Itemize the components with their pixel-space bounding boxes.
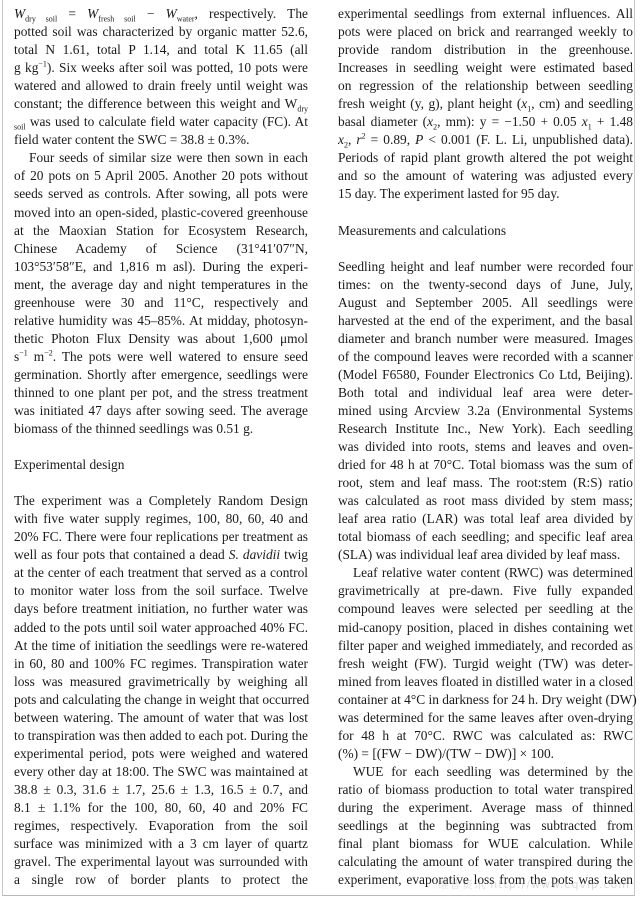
text-line: g kg−1). Six weeks after soil was potted… [14, 59, 308, 77]
text-line: experimental seedlings from external inf… [338, 5, 633, 23]
text-line: surface was minimized with a 3 cm layer … [14, 835, 308, 853]
text-line: added to the pots until soil water appro… [14, 619, 308, 637]
text-line: with five water supply regimes, 100, 80,… [14, 510, 308, 528]
paragraph-experimental-design: The experiment was a Completely Random D… [14, 492, 308, 889]
text-line: greenhouse were 30 and 11°C, respectivel… [14, 294, 308, 312]
paragraph-greenhouse-layout: experimental seedlings from external inf… [338, 5, 633, 204]
text-line: Chinese Academy of Science (31°41′07″N, [14, 240, 308, 258]
text-line: and so the amount of watering was adjust… [338, 167, 633, 185]
text-line: was calculated as root mass divided by s… [338, 492, 633, 510]
text-line: 38.8 ± 0.3, 31.6 ± 1.7, 25.6 ± 1.3, 16.5… [14, 781, 308, 799]
paragraph-relative-water-content: Leaf relative water content (RWC) was de… [338, 564, 633, 763]
text-line: harvested at the end of the experiment, … [338, 312, 633, 330]
text-line: 15 day. The experiment lasted for 95 day… [338, 185, 633, 203]
text-line: seedlings at the beginning was subtracte… [338, 817, 633, 835]
text-line: times: on the twenty-second days of June… [338, 276, 633, 294]
text-line: 8.1 ± 1.1% for the 100, 80, 60, 40 and 2… [14, 799, 308, 817]
text-line: Leaf relative water content (RWC) was de… [338, 564, 633, 582]
text-line: (SLA) was individual leaf area divided b… [338, 546, 633, 564]
text-line: WUE for each seedling was determined by … [338, 763, 633, 781]
text-line: Four seeds of similar size were then sow… [14, 149, 308, 167]
text-line: Periods of rapid plant growth altered th… [338, 149, 633, 167]
paragraph-sowing: Four seeds of similar size were then sow… [14, 149, 308, 438]
text-line: at the center of each treatment that ser… [14, 564, 308, 582]
text-line: basal diameter (x2, mm): y = −1.50 + 0.0… [338, 113, 633, 131]
text-line: compound leaves were selected per seedli… [338, 600, 633, 618]
paragraph-wue: WUE for each seedling was determined by … [338, 763, 633, 889]
text-line: root, stem and leaf mass. The root:stem … [338, 474, 633, 492]
text-line: watered and allowed to drain freely unti… [14, 77, 308, 95]
text-line: thinned to one plant per pot, and the st… [14, 384, 308, 402]
paragraph-measurements: Seedling height and leaf number were rec… [338, 258, 633, 565]
text-line: s−1 m−2. The pots were well watered to e… [14, 348, 308, 366]
text-line: germination. Shortly after emergence, se… [14, 366, 308, 384]
text-line: field water content the SWC = 38.8 ± 0.3… [14, 131, 308, 149]
text-line: for 48 h at 70°C. RWC was calculated as:… [338, 727, 633, 745]
text-line: ratio of biomass production to total wat… [338, 781, 633, 799]
text-line: seeds served as controls. After sowing, … [14, 185, 308, 203]
text-line: at the Maoxian Station for Ecosystem Res… [14, 222, 308, 240]
text-line: soil was used to calculate field water c… [14, 113, 308, 131]
text-line: total biomass of each seedling; and spec… [338, 528, 633, 546]
text-line: was divided into roots, stems and leaves… [338, 438, 633, 456]
text-line: biomass of the thinned seedlings was 0.5… [14, 420, 308, 438]
text-line: At the time of initiation the seedlings … [14, 637, 308, 655]
text-line: mined using Arcview 3.2a (Environmental … [338, 402, 633, 420]
text-line: dried for 48 h at 70°C. Total biomass wa… [338, 456, 633, 474]
text-line: x2, r2 = 0.89, P < 0.001 (F. L. Li, unpu… [338, 131, 633, 149]
text-line: in 60, 80 and 100% FC regimes. Transpira… [14, 655, 308, 673]
text-line: Increases in seedling weight were estima… [338, 59, 633, 77]
text-line: provide random distribution in the green… [338, 41, 633, 59]
text-line: mined from leaves floated in distilled w… [338, 673, 633, 691]
section-heading-measurements: Measurements and calculations [338, 222, 633, 240]
text-line: on regression of the relationship betwee… [338, 77, 633, 95]
text-line: was determined for the same leaves after… [338, 709, 633, 727]
text-line: 20% FC. There were four replications per… [14, 528, 308, 546]
text-line: (%) = [(FW − DW)/(TW − DW)] × 100. [338, 745, 633, 763]
text-line: was initiated 47 days after sowing seed.… [14, 402, 308, 420]
text-line: regimes, respectively. Evaporation from … [14, 817, 308, 835]
text-line: container at 4°C in darkness for 24 h. D… [338, 691, 633, 709]
text-line: experiment, evaporative loss from the po… [338, 871, 633, 889]
text-line: fresh weight (y, g), plant height (x1, c… [338, 95, 633, 113]
text-line: relative humidity was 45–85%. At midday,… [14, 312, 308, 330]
text-line: Seedling height and leaf number were rec… [338, 258, 633, 276]
text-line: gravel. The experimental layout was surr… [14, 853, 308, 871]
text-line: to transpiration was then added to each … [14, 727, 308, 745]
text-line: between watering. The amount of water th… [14, 709, 308, 727]
text-line: fresh weight (FW). Turgid weight (TW) wa… [338, 655, 633, 673]
text-line: days before treatment initiation, no fur… [14, 600, 308, 618]
text-line: Both total and individual leaf area were… [338, 384, 633, 402]
text-line: ment, the average day and night temperat… [14, 276, 308, 294]
text-line: of the compound leaves were recorded wit… [338, 348, 633, 366]
text-line: total N 1.61, total P 1.14, and total K … [14, 41, 308, 59]
text-line: final plant biomass for WUE calculation.… [338, 835, 633, 853]
text-line: to monitor water loss from the soil surf… [14, 582, 308, 600]
text-line: Research Institute Inc., New York). Each… [338, 420, 633, 438]
text-line: calculating the amount of water transpir… [338, 853, 633, 871]
right-column: experimental seedlings from external inf… [338, 5, 633, 889]
text-line: 103°53′58″E, and 1,816 m asl). During th… [14, 258, 308, 276]
text-line: loss was measured gravimetrically by wei… [14, 673, 308, 691]
paragraph-soil-characterization: Wdry soil = Wfresh soil − Wwater, respec… [14, 5, 308, 149]
text-line: a single row of border plants to protect… [14, 871, 308, 889]
text-line: filter paper and weighed immediately, an… [338, 637, 633, 655]
text-line: thetic Photon Flux Density was about 1,6… [14, 330, 308, 348]
text-line: pots were placed on brick and rearranged… [338, 23, 633, 41]
text-line: diameter and branch number were measured… [338, 330, 633, 348]
text-line: The experiment was a Completely Random D… [14, 492, 308, 510]
text-line: constant; the difference between this we… [14, 95, 308, 113]
text-line: August and September 2005. All seedlings… [338, 294, 633, 312]
text-line: well as four pots that contained a dead … [14, 546, 308, 564]
text-line: pots and calculating the change in weigh… [14, 691, 308, 709]
text-line: potted soil was characterized by organic… [14, 23, 308, 41]
section-heading-experimental-design: Experimental design [14, 456, 308, 474]
text-line: gravimetrically at pre-dawn. Five fully … [338, 582, 633, 600]
text-line: moved into an open-sided, plastic-covere… [14, 204, 308, 222]
left-column: Wdry soil = Wfresh soil − Wwater, respec… [14, 5, 308, 889]
text-line: (Model F6580, Founder Electronics Co Ltd… [338, 366, 633, 384]
text-line: experimental period, pots were weighed a… [14, 745, 308, 763]
text-line: every other day at 18:00. The SWC was ma… [14, 763, 308, 781]
text-line: leaf area ratio (LAR) was total leaf are… [338, 510, 633, 528]
text-line: of 20 pots on 5 April 2005. Another 20 p… [14, 167, 308, 185]
text-line: mid-canopy position, placed in dishes co… [338, 619, 633, 637]
text-line: Wdry soil = Wfresh soil − Wwater, respec… [14, 5, 308, 23]
text-line: during the experiment. Average mass of t… [338, 799, 633, 817]
